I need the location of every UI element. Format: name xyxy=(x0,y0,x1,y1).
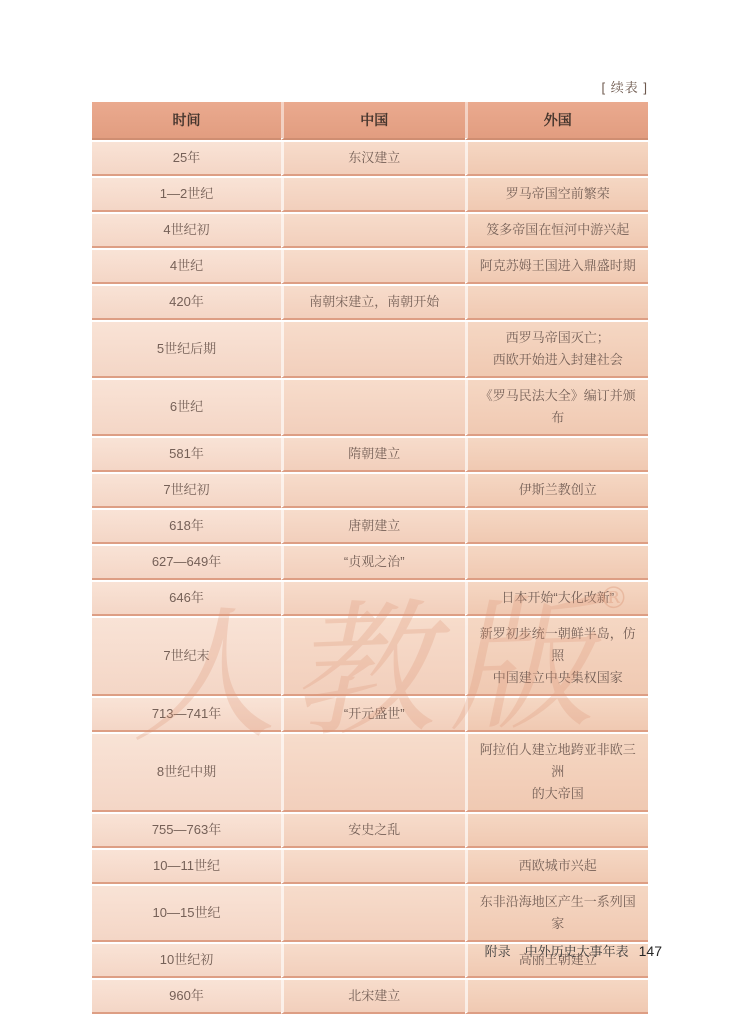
cell-time: 581年 xyxy=(92,438,281,472)
table-row: 10—15世纪东非沿海地区产生一系列国家 xyxy=(92,886,648,942)
cell-china xyxy=(281,618,464,696)
table-row: 627—649年“贞观之治” xyxy=(92,546,648,580)
header-row: 时间 中国 外国 xyxy=(92,102,648,140)
cell-china xyxy=(281,178,464,212)
table-row: 8世纪中期阿拉伯人建立地跨亚非欧三洲 的大帝国 xyxy=(92,734,648,812)
cell-foreign: 《罗马民法大全》编订并颁布 xyxy=(465,380,649,436)
cell-china xyxy=(281,850,464,884)
cell-time: 646年 xyxy=(92,582,281,616)
table-row: 10—11世纪西欧城市兴起 xyxy=(92,850,648,884)
textbook-page: [ 续表 ] 时间 中国 外国 25年东汉建立 1—2世纪罗马帝国空前繁荣 4世… xyxy=(0,0,729,1024)
cell-foreign xyxy=(465,438,649,472)
cell-china xyxy=(281,582,464,616)
cell-time: 5世纪后期 xyxy=(92,322,281,378)
cell-foreign: 阿克苏姆王国进入鼎盛时期 xyxy=(465,250,649,284)
cell-foreign: 西罗马帝国灭亡； 西欧开始进入封建社会 xyxy=(465,322,649,378)
header-cell-time: 时间 xyxy=(92,102,281,140)
cell-time: 25年 xyxy=(92,142,281,176)
cell-china: 南朝宋建立，南朝开始 xyxy=(281,286,464,320)
footer-section-label: 附录 xyxy=(485,944,511,959)
cell-foreign: 笈多帝国在恒河中游兴起 xyxy=(465,214,649,248)
table-row: 7世纪初伊斯兰教创立 xyxy=(92,474,648,508)
cell-foreign xyxy=(465,286,649,320)
table-row: 618年唐朝建立 xyxy=(92,510,648,544)
cell-china xyxy=(281,734,464,812)
history-timeline-table: 时间 中国 外国 25年东汉建立 1—2世纪罗马帝国空前繁荣 4世纪初笈多帝国在… xyxy=(92,100,648,1016)
header-cell-foreign: 外国 xyxy=(465,102,649,140)
cell-china xyxy=(281,250,464,284)
table-row: 960年北宋建立 xyxy=(92,980,648,1014)
cell-china: 隋朝建立 xyxy=(281,438,464,472)
cell-china: 东汉建立 xyxy=(281,142,464,176)
cell-foreign: 罗马帝国空前繁荣 xyxy=(465,178,649,212)
cell-time: 627—649年 xyxy=(92,546,281,580)
cell-time: 7世纪末 xyxy=(92,618,281,696)
table-row: 25年东汉建立 xyxy=(92,142,648,176)
cell-time: 8世纪中期 xyxy=(92,734,281,812)
footer-page-number: 147 xyxy=(639,943,662,959)
cell-china: 唐朝建立 xyxy=(281,510,464,544)
cell-foreign: 东非沿海地区产生一系列国家 xyxy=(465,886,649,942)
table-row: 646年日本开始“大化改新” xyxy=(92,582,648,616)
table-row: 420年南朝宋建立，南朝开始 xyxy=(92,286,648,320)
footer-title: 中外历史大事年表 xyxy=(525,944,629,959)
cell-foreign: 日本开始“大化改新” xyxy=(465,582,649,616)
cell-time: 6世纪 xyxy=(92,380,281,436)
cell-china: 安史之乱 xyxy=(281,814,464,848)
continuation-label: [ 续表 ] xyxy=(92,77,648,96)
table-row: 581年隋朝建立 xyxy=(92,438,648,472)
cell-foreign: 新罗初步统一朝鲜半岛，仿照 中国建立中央集权国家 xyxy=(465,618,649,696)
cell-time: 755—763年 xyxy=(92,814,281,848)
cell-foreign xyxy=(465,510,649,544)
page-footer: 附录中外历史大事年表147 xyxy=(0,941,662,960)
cell-china: 北宋建立 xyxy=(281,980,464,1014)
table-row: 1—2世纪罗马帝国空前繁荣 xyxy=(92,178,648,212)
table-row: 5世纪后期西罗马帝国灭亡； 西欧开始进入封建社会 xyxy=(92,322,648,378)
header-cell-china: 中国 xyxy=(281,102,464,140)
cell-foreign: 伊斯兰教创立 xyxy=(465,474,649,508)
cell-china xyxy=(281,322,464,378)
cell-china xyxy=(281,886,464,942)
cell-foreign: 阿拉伯人建立地跨亚非欧三洲 的大帝国 xyxy=(465,734,649,812)
cell-time: 7世纪初 xyxy=(92,474,281,508)
cell-china xyxy=(281,380,464,436)
cell-time: 10—11世纪 xyxy=(92,850,281,884)
table-row: 713—741年“开元盛世” xyxy=(92,698,648,732)
table-row: 4世纪阿克苏姆王国进入鼎盛时期 xyxy=(92,250,648,284)
table-row: 7世纪末新罗初步统一朝鲜半岛，仿照 中国建立中央集权国家 xyxy=(92,618,648,696)
table-body: 25年东汉建立 1—2世纪罗马帝国空前繁荣 4世纪初笈多帝国在恒河中游兴起 4世… xyxy=(92,142,648,1014)
cell-time: 4世纪初 xyxy=(92,214,281,248)
table-row: 4世纪初笈多帝国在恒河中游兴起 xyxy=(92,214,648,248)
table-row: 755—763年安史之乱 xyxy=(92,814,648,848)
cell-china xyxy=(281,474,464,508)
cell-time: 420年 xyxy=(92,286,281,320)
cell-time: 10—15世纪 xyxy=(92,886,281,942)
cell-time: 1—2世纪 xyxy=(92,178,281,212)
cell-china: “贞观之治” xyxy=(281,546,464,580)
cell-time: 618年 xyxy=(92,510,281,544)
cell-foreign xyxy=(465,814,649,848)
table-row: 6世纪《罗马民法大全》编订并颁布 xyxy=(92,380,648,436)
cell-foreign xyxy=(465,142,649,176)
table-header: 时间 中国 外国 xyxy=(92,102,648,140)
cell-foreign xyxy=(465,546,649,580)
cell-foreign xyxy=(465,980,649,1014)
cell-time: 4世纪 xyxy=(92,250,281,284)
cell-foreign xyxy=(465,698,649,732)
cell-time: 960年 xyxy=(92,980,281,1014)
cell-china xyxy=(281,214,464,248)
cell-china: “开元盛世” xyxy=(281,698,464,732)
cell-foreign: 西欧城市兴起 xyxy=(465,850,649,884)
cell-time: 713—741年 xyxy=(92,698,281,732)
